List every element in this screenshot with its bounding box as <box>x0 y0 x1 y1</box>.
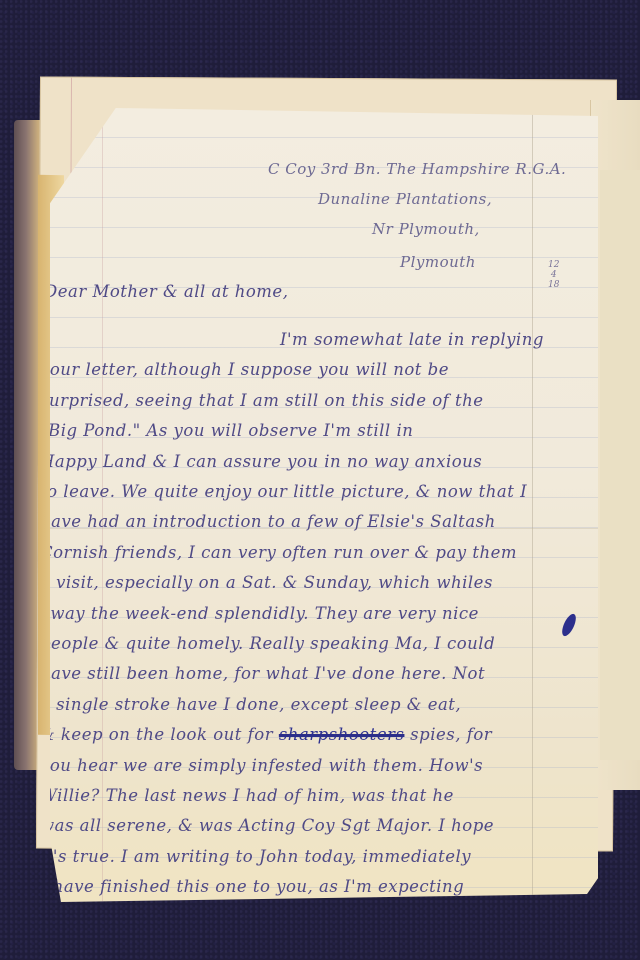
heading-line-4: Plymouth <box>400 253 476 271</box>
letter-line: "Big Pond." As you will observe I'm stil… <box>40 421 413 440</box>
date: 12 4 18 <box>548 260 559 290</box>
fold-crease-vertical <box>532 108 533 902</box>
letter-line: was all serene, & was Acting Coy Sgt Maj… <box>40 816 494 835</box>
letter-line: it's true. I am writing to John today, i… <box>40 847 471 866</box>
letter-line: have had an introduction to a few of Els… <box>40 512 496 531</box>
letter-line: surprised, seeing that I am still on thi… <box>40 391 484 410</box>
letter-line: have still been home, for what I've done… <box>40 664 485 683</box>
letter-page: C Coy 3rd Bn. The Hampshire R.G.A. Dunal… <box>50 108 598 902</box>
heading-line-1: C Coy 3rd Bn. The Hampshire R.G.A. <box>268 160 566 178</box>
right-sheet <box>600 170 640 760</box>
ink-blot <box>559 612 578 638</box>
margin-line <box>102 108 103 902</box>
letter-line: to leave. We quite enjoy our little pict… <box>40 482 527 501</box>
letter-line: people & quite homely. Really speaking M… <box>40 634 495 653</box>
letter-line: your letter, although I suppose you will… <box>40 360 449 379</box>
salutation: Dear Mother & all at home, <box>44 282 288 301</box>
letter-line: & keep on the look out for sharpshooters… <box>40 725 492 744</box>
struck-out-word: sharpshooters <box>279 725 405 744</box>
letter-line: away the week-end splendidly. They are v… <box>40 604 479 623</box>
letter-line: Cornish friends, I can very often run ov… <box>40 543 517 562</box>
letter-line: I'm somewhat late in replying <box>280 330 544 349</box>
letter-line: Happy Land & I can assure you in no way … <box>40 452 482 471</box>
letter-line: Willie? The last news I had of him, was … <box>40 786 454 805</box>
letter-line: I have finished this one to you, as I'm … <box>40 877 464 896</box>
photo-scene: yr C Coy 3rd Bn. The Hampshire R.G.A. Du… <box>0 0 640 960</box>
letter-line: a visit, especially on a Sat. & Sunday, … <box>40 573 493 592</box>
heading-line-2: Dunaline Plantations, <box>318 190 492 208</box>
heading-line-3: Nr Plymouth, <box>372 220 480 238</box>
letter-line: a single stroke have I done, except slee… <box>40 695 461 714</box>
letter-line: you hear we are simply infested with the… <box>40 756 483 775</box>
